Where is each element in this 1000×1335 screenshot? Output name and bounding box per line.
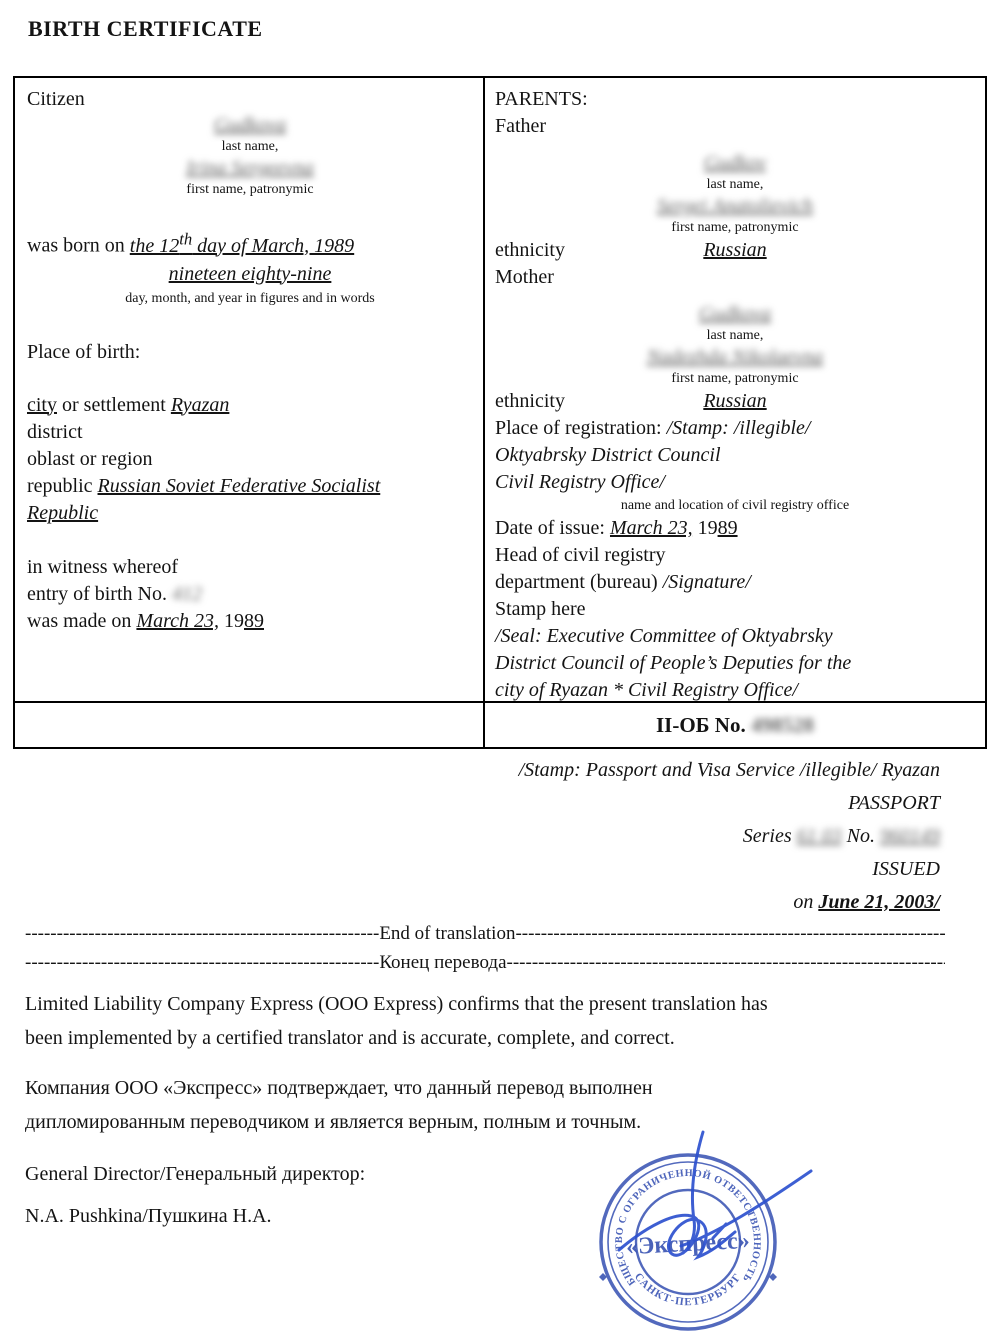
first-name-caption: first name, patronymic: [27, 180, 473, 199]
registration-line-1: Place of registration: /Stamp: /illegibl…: [495, 415, 975, 442]
end-of-translation-separator: ----------------------------------------…: [25, 919, 945, 948]
mother-ethnicity-value: Russian: [703, 390, 766, 412]
registration-line-2: Oktyabrsky District Council: [495, 442, 975, 469]
place-of-birth-block: city or settlement Ryazan district oblas…: [27, 392, 473, 527]
registration-line-3: Civil Registry Office/: [495, 469, 975, 496]
first-name-caption: first name, patronymic: [495, 218, 975, 237]
certification-statement-english: Limited Liability Company Express (OOO E…: [25, 987, 975, 1055]
ordinal-superscript: th: [179, 229, 192, 248]
citizen-name-block: Gudkova last name, Irina Sergeevna first…: [27, 113, 473, 199]
passport-series-line: Series 61 03 No. 960149: [0, 820, 940, 853]
witness-line: in witness whereof: [27, 554, 473, 581]
witness-block: in witness whereof entry of birth No. 41…: [27, 554, 473, 635]
first-name-caption: first name, patronymic: [495, 369, 975, 388]
certificate-series-label: II-ОБ No.: [656, 713, 751, 737]
last-name-caption: last name,: [495, 326, 975, 345]
seal-line-3: city of Ryazan * Civil Registry Office/: [495, 677, 975, 701]
citizen-last-name-redacted: Gudkova: [27, 113, 473, 137]
parents-label: PARENTS:: [495, 86, 975, 113]
oblast-line: oblast or region: [27, 446, 473, 473]
registry-office-caption: name and location of civil registry offi…: [495, 496, 975, 515]
mother-ethnicity-line: ethnicity Russian: [495, 388, 975, 415]
last-name-caption: last name,: [495, 175, 975, 194]
company-stamp-svg: ОБЩЕСТВО С ОГРАНИЧЕННОЙ ОТВЕТСТВЕННОСТЬЮ…: [563, 1120, 833, 1335]
company-stamp: ОБЩЕСТВО С ОГРАНИЧЕННОЙ ОТВЕТСТВЕННОСТЬЮ…: [563, 1120, 833, 1335]
father-ethnicity-line: ethnicity Russian: [495, 237, 975, 264]
last-name-caption: last name,: [27, 137, 473, 156]
republic-line-2: Republic: [27, 500, 473, 527]
seal-line-1: /Seal: Executive Committee of Oktyabrsky: [495, 623, 975, 650]
mother-label: Mother: [495, 264, 975, 291]
signature-placeholder: /Signature/: [663, 571, 751, 593]
passport-series-redacted: 61 03: [797, 825, 842, 847]
mother-first-name-redacted: Nadezhda Nikolaevna: [495, 345, 975, 369]
head-of-registry-line-1: Head of civil registry: [495, 542, 975, 569]
passport-service-stamp-line: /Stamp: Passport and Visa Service /illeg…: [0, 754, 940, 787]
birth-date-line: was born on the 12th day of March, 1989: [27, 225, 473, 260]
passport-stamp-block: /Stamp: Passport and Visa Service /illeg…: [0, 754, 940, 919]
citizen-first-name-redacted: Irina Sergeevna: [27, 156, 473, 180]
translated-birth-certificate-page: { "title": "BIRTH CERTIFICATE", "cert": …: [0, 0, 1000, 1335]
birth-date-block: was born on the 12th day of March, 1989 …: [27, 225, 473, 309]
entry-date-line: was made on March 23, 1989: [27, 608, 473, 635]
certificate-citizen-section: Citizen Gudkova last name, Irina Sergeev…: [15, 78, 485, 701]
father-ethnicity-value: Russian: [703, 239, 766, 261]
district-line: district: [27, 419, 473, 446]
place-of-birth-label: Place of birth:: [27, 339, 473, 366]
certificate-parents-section: PARENTS: Father Gudkov last name, Sergei…: [485, 78, 985, 701]
birth-year-in-words: nineteen eighty-nine: [27, 260, 473, 288]
konets-perevoda-separator: ----------------------------------------…: [25, 948, 945, 977]
father-last-name-redacted: Gudkov: [495, 151, 975, 175]
issued-word: ISSUED: [0, 853, 940, 886]
passport-number-redacted: 960149: [880, 825, 940, 847]
city-line: city or settlement Ryazan: [27, 392, 473, 419]
issued-date-line: on June 21, 2003/: [0, 886, 940, 919]
mother-last-name-redacted: Gudkova: [495, 302, 975, 326]
father-label: Father: [495, 113, 975, 140]
certificate-series-number-redacted: 498528: [751, 713, 814, 737]
registration-block: Place of registration: /Stamp: /illegibl…: [495, 415, 975, 515]
svg-text:ОБЩЕСТВО С ОГРАНИЧЕННОЙ ОТВЕТС: ОБЩЕСТВО С ОГРАНИЧЕННОЙ ОТВЕТСТВЕННОСТЬЮ: [563, 1120, 762, 1287]
passport-word: PASSPORT: [0, 787, 940, 820]
father-first-name-redacted: Sergei Anatolievich: [495, 194, 975, 218]
seal-line-2: District Council of People’s Deputies fo…: [495, 650, 975, 677]
stamp-ring-text: ОБЩЕСТВО С ОГРАНИЧЕННОЙ ОТВЕТСТВЕННОСТЬЮ: [563, 1120, 762, 1287]
republic-line: republic Russian Soviet Federative Socia…: [27, 473, 473, 500]
entry-number-redacted: 412: [172, 583, 202, 605]
father-name-block: Gudkov last name, Sergei Anatolievich fi…: [495, 151, 975, 237]
birth-certificate-table: Citizen Gudkova last name, Irina Sergeev…: [13, 76, 987, 749]
page-title: BIRTH CERTIFICATE: [28, 16, 1000, 42]
head-of-registry-line-2: department (bureau) /Signature/: [495, 569, 975, 596]
entry-number-line: entry of birth No. 412: [27, 581, 473, 608]
birth-date-caption: day, month, and year in figures and in w…: [27, 288, 473, 309]
mother-name-block: Gudkova last name, Nadezhda Nikolaevna f…: [495, 302, 975, 388]
date-of-issue-line: Date of issue: March 23, 1989: [495, 515, 975, 542]
stamp-here-line: Stamp here: [495, 596, 975, 623]
citizen-label: Citizen: [27, 86, 473, 113]
certificate-series-cell: II-ОБ No. 498528: [485, 701, 985, 747]
certificate-bottom-left-cell: [15, 701, 485, 747]
